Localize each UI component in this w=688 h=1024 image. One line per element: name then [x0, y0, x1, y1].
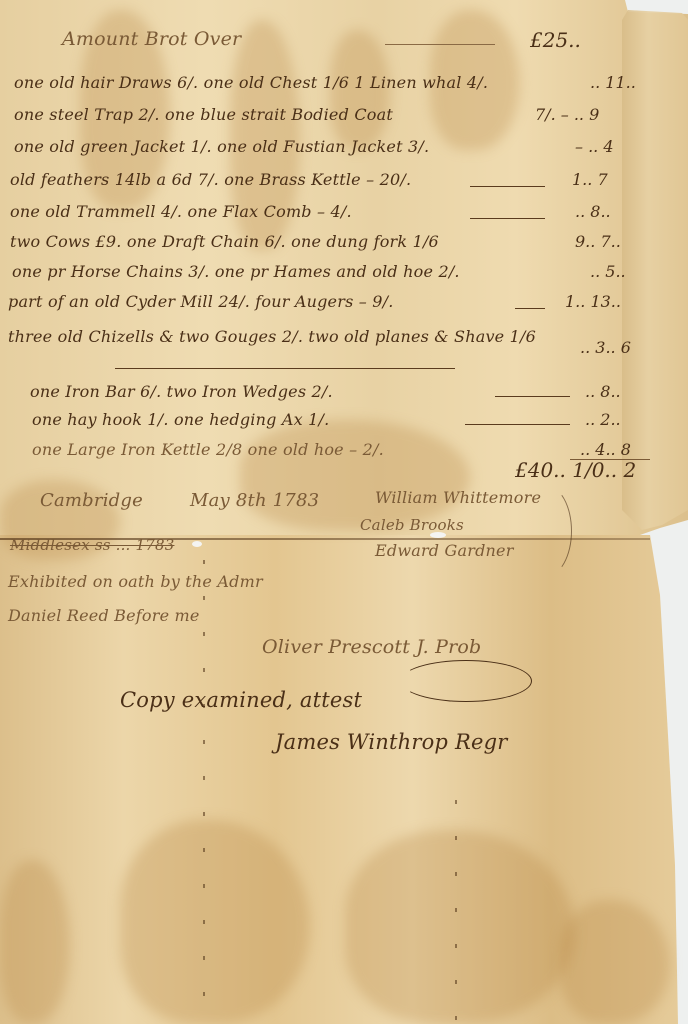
inventory-item: three old Chizells & two Gouges 2/. two …: [8, 322, 568, 352]
signature-flourish: [400, 660, 532, 702]
amount-brought-over-value: £25..: [530, 28, 581, 52]
inventory-item: two Cows £9. one Draft Chain 6/. one dun…: [10, 232, 439, 251]
leader-rule: [115, 368, 455, 369]
inventory-item: part of an old Cyder Mill 24/. four Auge…: [8, 292, 394, 311]
place-label: Cambridge: [40, 490, 143, 511]
exhibited-line: Exhibited on oath by the Admr: [8, 572, 263, 591]
leader-rule: [495, 396, 570, 397]
item-amount: .. 8..: [575, 202, 611, 221]
water-stain: [560, 900, 670, 1024]
stitch-holes: [455, 800, 457, 1024]
item-amount: .. 11..: [590, 73, 636, 92]
item-amount: 9.. 7..: [575, 232, 621, 251]
inventory-item: one pr Horse Chains 3/. one pr Hames and…: [12, 262, 460, 281]
item-amount: .. 8..: [585, 382, 621, 401]
inventory-item: one hay hook 1/. one hedging Ax 1/.: [32, 410, 329, 429]
inventory-item: one Iron Bar 6/. two Iron Wedges 2/.: [30, 382, 333, 401]
document-page: Amount Brot Over £25.. one old hair Draw…: [0, 0, 688, 1024]
appraiser-signature: Edward Gardner: [375, 541, 514, 560]
appraiser-signature: William Whittemore: [375, 488, 541, 507]
inventory-item: one old green Jacket 1/. one old Fustian…: [14, 137, 429, 156]
date-label: May 8th 1783: [190, 490, 319, 511]
bracket-flourish: [520, 485, 572, 577]
judge-signature: Oliver Prescott J. Prob: [262, 636, 481, 658]
inventory-item: old feathers 14lb a 6d 7/. one Brass Ket…: [10, 170, 411, 189]
inventory-item: one old hair Draws 6/. one old Chest 1/6…: [14, 73, 488, 92]
struck-out-line: Middlesex ss ... 1783: [10, 536, 174, 554]
item-amount: 1.. 13..: [565, 292, 621, 311]
appraiser-signature: Caleb Brooks: [360, 516, 464, 534]
item-amount: .. 2..: [585, 410, 621, 429]
item-amount: – .. 4: [575, 137, 614, 156]
item-amount: 7/. – .. 9: [535, 105, 599, 124]
item-amount: .. 4.. 8: [580, 440, 631, 459]
item-amount: .. 5..: [590, 262, 626, 281]
water-stain: [240, 420, 470, 530]
stitch-holes: [203, 560, 205, 1024]
exhibited-line: Daniel Reed Before me: [8, 606, 200, 625]
paper-hole: [192, 541, 202, 547]
inventory-total: £40.. 1/0.. 2: [515, 458, 636, 482]
amount-brought-over-label: Amount Brot Over: [62, 28, 241, 50]
leader-rule: [385, 44, 495, 45]
leader-rule: [470, 186, 545, 187]
register-signature: James Winthrop Regr: [275, 730, 507, 754]
item-amount: .. 3.. 6: [580, 338, 631, 357]
leader-rule: [515, 308, 545, 309]
leader-rule: [465, 424, 570, 425]
inventory-item: one steel Trap 2/. one blue strait Bodie…: [14, 105, 393, 124]
inventory-item: one old Trammell 4/. one Flax Comb – 4/.: [10, 202, 352, 221]
inventory-item: one Large Iron Kettle 2/8 one old hoe – …: [32, 440, 384, 459]
item-amount: 1.. 7: [572, 170, 608, 189]
attestation-text: Copy examined, attest: [120, 688, 362, 712]
leader-rule: [470, 218, 545, 219]
